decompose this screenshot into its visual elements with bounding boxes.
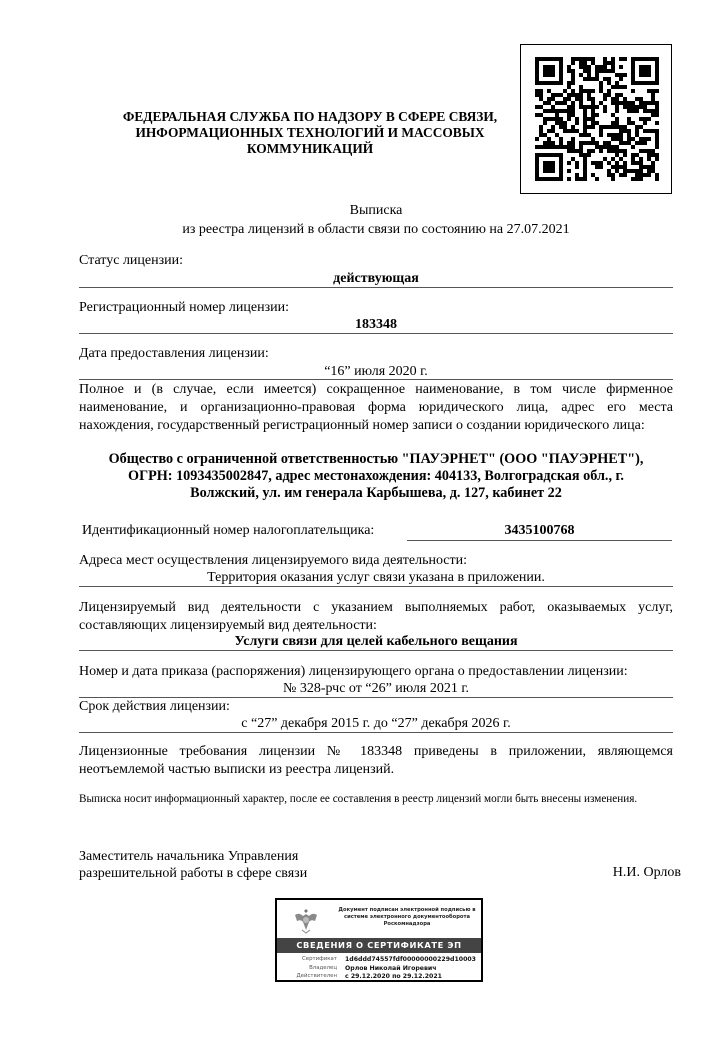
- divider: [79, 586, 673, 587]
- disclaimer: Выписка носит информационный характер, п…: [79, 792, 673, 807]
- note-line: Роскомнадзора: [333, 921, 481, 928]
- cert-key: Действителен: [281, 972, 337, 981]
- stamp-header: Документ подписан электронной подписью в…: [277, 900, 481, 938]
- divider: [79, 333, 673, 334]
- divider: [79, 379, 673, 380]
- grant-date-value: “16” июля 2020 г.: [79, 364, 673, 380]
- activity-label: Лицензируемый вид деятельности с указани…: [79, 599, 673, 635]
- order-value: № 328-рчс от “26” июля 2021 г.: [79, 681, 673, 697]
- addresses-label: Адреса мест осуществления лицензируемого…: [79, 553, 673, 569]
- agency-line: ИНФОРМАЦИОННЫХ ТЕХНОЛОГИЙ И МАССОВЫХ: [100, 125, 520, 141]
- note-line: Документ подписан электронной подписью в: [333, 907, 481, 914]
- stamp-note: Документ подписан электронной подписью в…: [333, 907, 481, 928]
- agency-line: ФЕДЕРАЛЬНАЯ СЛУЖБА ПО НАДЗОРУ В СФЕРЕ СВ…: [100, 109, 520, 125]
- entity-line: ОГРН: 1093435002847, адрес местонахожден…: [79, 468, 673, 485]
- e-signature-stamp: Документ подписан электронной подписью в…: [275, 898, 483, 982]
- divider: [407, 540, 672, 541]
- entity-label: Полное и (в случае, если имеется) сокращ…: [79, 381, 673, 435]
- status-value: действующая: [79, 271, 673, 287]
- stamp-banner: СВЕДЕНИЯ О СЕРТИФИКАТЕ ЭП: [277, 938, 481, 953]
- reg-number-label: Регистрационный номер лицензии:: [79, 300, 673, 316]
- note-line: системе электронного документооборота: [333, 914, 481, 921]
- inn-value: 3435100768: [407, 523, 672, 539]
- divider: [79, 287, 673, 288]
- document-title: Выписка: [79, 203, 673, 219]
- qr-code: [520, 44, 672, 194]
- order-label: Номер и дата приказа (распоряжения) лице…: [79, 664, 673, 680]
- validity-value: с “27” декабря 2015 г. до “27” декабря 2…: [79, 716, 673, 732]
- position-line: разрешительной работы в сфере связи: [79, 865, 307, 882]
- activity-value: Услуги связи для целей кабельного вещани…: [79, 634, 673, 650]
- qr-code-icon: [535, 57, 659, 181]
- entity-line: Общество с ограниченной ответственностью…: [79, 451, 673, 468]
- inn-label: Идентификационный номер налогоплательщик…: [82, 523, 374, 539]
- cert-row: Действителен с 29.12.2020 по 29.12.2021: [277, 972, 481, 981]
- document-subtitle: из реестра лицензий в области связи по с…: [79, 222, 673, 238]
- cert-key: Сертификат: [281, 955, 337, 964]
- addresses-value: Территория оказания услуг связи указана …: [79, 570, 673, 586]
- reg-number-value: 183348: [79, 317, 673, 333]
- agency-name: ФЕДЕРАЛЬНАЯ СЛУЖБА ПО НАДЗОРУ В СФЕРЕ СВ…: [100, 109, 520, 157]
- cert-value: с 29.12.2020 по 29.12.2021: [345, 972, 442, 981]
- grant-date-label: Дата предоставления лицензии:: [79, 346, 673, 362]
- signatory-name: Н.И. Орлов: [560, 865, 681, 881]
- agency-line: КОММУНИКАЦИЙ: [100, 141, 520, 157]
- validity-label: Срок действия лицензии:: [79, 699, 673, 715]
- status-label: Статус лицензии:: [79, 253, 673, 269]
- coat-of-arms-icon: [291, 906, 321, 934]
- divider: [79, 650, 673, 651]
- divider: [79, 697, 673, 698]
- requirements-note: Лицензионные требования лицензии № 18334…: [79, 743, 673, 779]
- entity-value: Общество с ограниченной ответственностью…: [79, 451, 673, 502]
- entity-line: Волжский, ул. им генерала Карбышева, д. …: [79, 485, 673, 502]
- position-line: Заместитель начальника Управления: [79, 848, 307, 865]
- signatory-position: Заместитель начальника Управления разреш…: [79, 848, 307, 882]
- cert-row: Сертификат 1d6ddd74557fdf00000000229d100…: [277, 955, 481, 964]
- divider: [79, 732, 673, 733]
- cert-value: 1d6ddd74557fdf00000000229d10003: [345, 955, 476, 964]
